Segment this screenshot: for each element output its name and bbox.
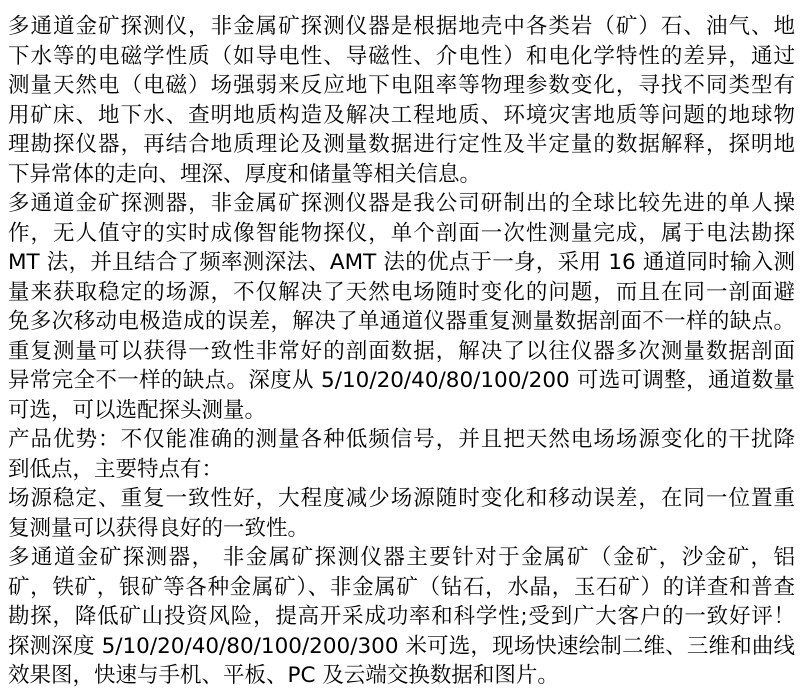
text-line: 测量天然电（电磁）场强弱来反应地下电阻率等物理参数变化，寻找不同类型有 bbox=[8, 71, 795, 101]
paragraph: 场源稳定、重复一致性好，大程度减少场源随时变化和移动误差，在同一位置重复测量可以… bbox=[8, 484, 795, 543]
text-line: 下异常体的走向、埋深、厚度和储量等相关信息。 bbox=[8, 160, 795, 190]
text-line: 复测量可以获得良好的一致性。 bbox=[8, 514, 795, 544]
text-line: 到低点，主要特点有： bbox=[8, 455, 795, 485]
text-line: 多通道金矿探测器，非金属矿探测仪器是我公司研制出的全球比较先进的单人操 bbox=[8, 189, 795, 219]
paragraph: 产品优势：不仅能准确的测量各种低频信号，并且把天然电场场源变化的干扰降到低点，主… bbox=[8, 425, 795, 484]
text-line: 异常完全不一样的缺点。深度从 5/10/20/40/80/100/200 可选可… bbox=[8, 366, 795, 396]
paragraph: 多通道金矿探测器， 非金属矿探测仪器主要针对于金属矿（金矿，沙金矿，铝矿，铁矿，… bbox=[8, 543, 795, 632]
text-line: 产品优势：不仅能准确的测量各种低频信号，并且把天然电场场源变化的干扰降 bbox=[8, 425, 795, 455]
text-line: 探测深度 5/10/20/40/80/100/200/300 米可选，现场快速绘… bbox=[8, 632, 795, 662]
text-line: 场源稳定、重复一致性好，大程度减少场源随时变化和移动误差，在同一位置重 bbox=[8, 484, 795, 514]
text-line: MT 法，并且结合了频率测深法、AMT 法的优点于一身，采用 16 通道同时输入… bbox=[8, 248, 795, 278]
text-line: 作，无人值守的实时成像智能物探仪，单个剖面一次性测量完成，属于电法勘探 bbox=[8, 219, 795, 249]
text-line: 多通道金矿探测器， 非金属矿探测仪器主要针对于金属矿（金矿，沙金矿，铝 bbox=[8, 543, 795, 573]
text-line: 用矿床、地下水、查明地质构造及解决工程地质、环境灾害地质等问题的地球物 bbox=[8, 101, 795, 131]
text-line: 免多次移动电极造成的误差，解决了单通道仪器重复测量数据剖面不一样的缺点。 bbox=[8, 307, 795, 337]
text-line: 勘探，降低矿山投资风险，提高开采成功率和科学性;受到广大客户的一致好评！ bbox=[8, 602, 795, 632]
text-line: 量来获取稳定的场源，不仅解决了天然电场随时变化的问题，而且在同一剖面避 bbox=[8, 278, 795, 308]
paragraph: 多通道金矿探测器，非金属矿探测仪器是我公司研制出的全球比较先进的单人操作，无人值… bbox=[8, 189, 795, 425]
text-line: 下水等的电磁学性质（如导电性、导磁性、介电性）和电化学特性的差异，通过 bbox=[8, 42, 795, 72]
text-line: 重复测量可以获得一致性非常好的剖面数据，解决了以往仪器多次测量数据剖面 bbox=[8, 337, 795, 367]
text-line: 效果图，快速与手机、平板、PC 及云端交换数据和图片。 bbox=[8, 661, 795, 691]
text-line: 理勘探仪器，再结合地质理论及测量数据进行定性及半定量的数据解释，探明地 bbox=[8, 130, 795, 160]
paragraph: 多通道金矿探测仪，非金属矿探测仪器是根据地壳中各类岩（矿）石、油气、地下水等的电… bbox=[8, 12, 795, 189]
paragraph: 探测深度 5/10/20/40/80/100/200/300 米可选，现场快速绘… bbox=[8, 632, 795, 691]
text-line: 可选，可以选配探头测量。 bbox=[8, 396, 795, 426]
text-line: 多通道金矿探测仪，非金属矿探测仪器是根据地壳中各类岩（矿）石、油气、地 bbox=[8, 12, 795, 42]
text-line: 矿，铁矿，银矿等各种金属矿）、非金属矿（钻石，水晶，玉石矿）的详查和普查 bbox=[8, 573, 795, 603]
document-text: 多通道金矿探测仪，非金属矿探测仪器是根据地壳中各类岩（矿）石、油气、地下水等的电… bbox=[8, 12, 795, 691]
document-page: 多通道金矿探测仪，非金属矿探测仪器是根据地壳中各类岩（矿）石、油气、地下水等的电… bbox=[0, 0, 800, 691]
